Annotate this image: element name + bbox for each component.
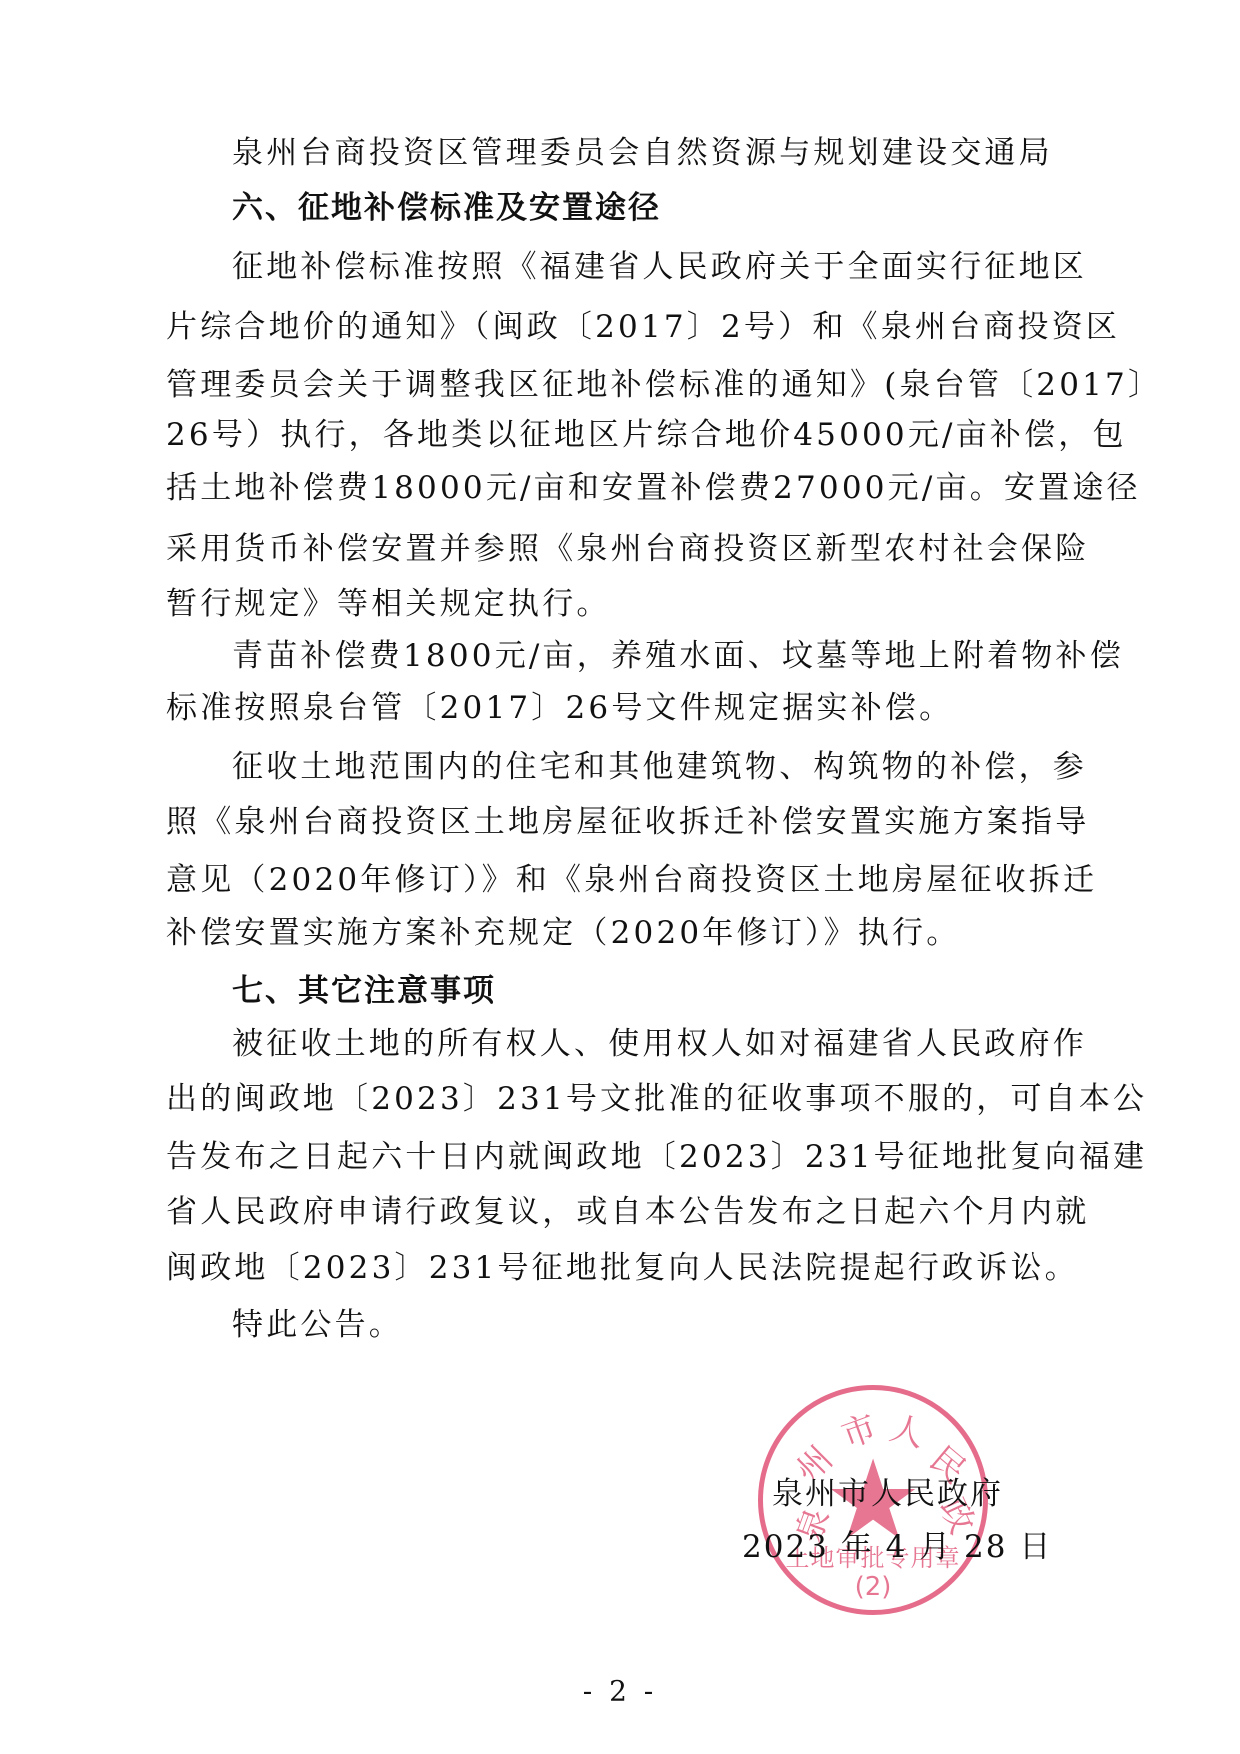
paragraph-line: 26号）执行，各地类以征地区片综合地价45000元/亩补偿，包 [166, 415, 1127, 455]
paragraph-line: 出的闽政地〔2023〕231号文批准的征收事项不服的，可自本公 [166, 1079, 1147, 1119]
paragraph-line: 省人民政府申请行政复议，或自本公告发布之日起六个月内就 [166, 1192, 1089, 1232]
paragraph-line: 标准按照泉台管〔2017〕26号文件规定据实补偿。 [166, 688, 953, 728]
paragraph-line: 青苗补偿费1800元/亩，养殖水面、坟墓等地上附着物补偿 [232, 636, 1124, 676]
section-heading-6: 六、征地补偿标准及安置途径 [232, 188, 661, 228]
paragraph-line: 告发布之日起六十日内就闽政地〔2023〕231号征地批复向福建 [166, 1137, 1147, 1177]
issuer-name: 泉州市人民政府 [772, 1474, 1003, 1514]
paragraph-line: 照《泉州台商投资区土地房屋征收拆迁补偿安置实施方案指导 [166, 802, 1089, 842]
paragraph-line: 片综合地价的通知》（闽政〔2017〕2号）和《泉州台商投资区 [166, 307, 1120, 347]
paragraph-line: 暂行规定》等相关规定执行。 [166, 584, 611, 624]
paragraph-line: 意见（2020年修订）》和《泉州台商投资区土地房屋征收拆迁 [166, 860, 1097, 900]
paragraph-line: 采用货币补偿安置并参照《泉州台商投资区新型农村社会保险 [166, 529, 1089, 569]
section-heading-7: 七、其它注意事项 [232, 971, 496, 1011]
issue-date: 2023 年 4 月 28 日 [742, 1527, 1052, 1567]
continued-text-line: 泉州台商投资区管理委员会自然资源与规划建设交通局 [232, 133, 1053, 173]
paragraph-line: 征收土地范围内的住宅和其他建筑物、构筑物的补偿，参 [232, 747, 1087, 787]
paragraph-line: 补偿安置实施方案补充规定（2020年修订）》执行。 [166, 913, 960, 953]
page-number: - 2 - [0, 1675, 1240, 1708]
paragraph-line: 被征收土地的所有权人、使用权人如对福建省人民政府作 [232, 1024, 1087, 1064]
paragraph-line: 征地补偿标准按照《福建省人民政府关于全面实行征地区 [232, 247, 1087, 287]
paragraph-line: 括土地补偿费18000元/亩和安置补偿费27000元/亩。安置途径 [166, 468, 1141, 508]
closing-line: 特此公告。 [232, 1305, 403, 1345]
paragraph-line: 闽政地〔2023〕231号征地批复向人民法院提起行政诉讼。 [166, 1248, 1079, 1288]
seal-number: (2) [763, 1572, 983, 1602]
paragraph-line: 管理委员会关于调整我区征地补偿标准的通知》(泉台管〔2017〕 [166, 365, 1162, 405]
